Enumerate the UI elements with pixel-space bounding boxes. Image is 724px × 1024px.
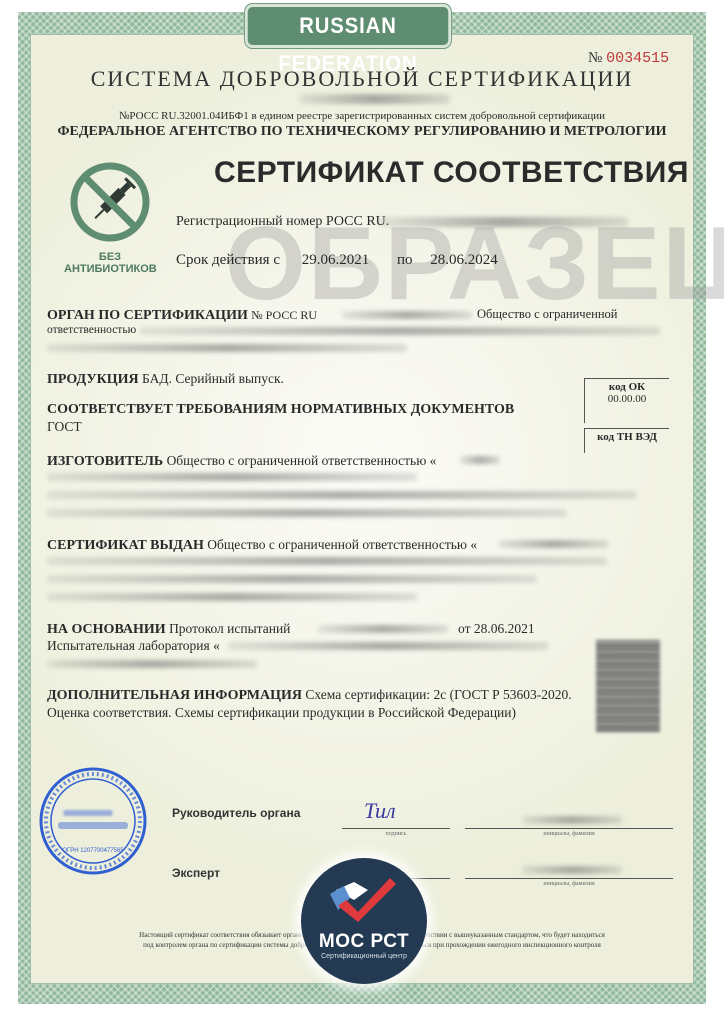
brand-tagline: Сертификационный центр — [301, 953, 427, 960]
registry-line: №РОСС RU.32001.04ИБФ1 в едином реестре з… — [0, 110, 724, 122]
redacted-text — [498, 540, 608, 548]
validity-period: Срок действия с 29.06.2021 по 28.06.2024 — [176, 252, 498, 269]
mos-rst-logo[interactable]: МОС РСТ Сертификационный центр — [301, 858, 427, 984]
redacted-text — [342, 311, 472, 319]
additional-info: ДОПОЛНИТЕЛЬНАЯ ИНФОРМАЦИЯ Схема сертифик… — [47, 686, 587, 721]
stamp-seal-icon: ОГРН 1207700477565 — [38, 766, 148, 876]
head-of-body-label: Руководитель органа — [172, 806, 300, 820]
logo-caption: БЕЗ АНТИБИОТИКОВ — [64, 251, 156, 275]
system-title: СИСТЕМА ДОБРОВОЛЬНОЙ СЕРТИФИКАЦИИ — [0, 66, 724, 92]
conforms-to: СООТВЕТСТВУЕТ ТРЕБОВАНИЯМ НОРМАТИВНЫХ ДО… — [47, 402, 514, 435]
valid-to: 28.06.2024 — [430, 252, 498, 268]
svg-text:ОГРН 1207700477565: ОГРН 1207700477565 — [62, 848, 124, 854]
valid-from: 29.06.2021 — [302, 252, 370, 268]
redacted-text — [300, 94, 450, 104]
redacted-text — [378, 217, 628, 227]
no-antibiotics-logo: БЕЗ АНТИБИОТИКОВ — [64, 160, 156, 275]
serial-number: № 0034515 — [588, 50, 669, 67]
product: ПРОДУКЦИЯ БАД. Серийный выпуск. — [47, 370, 284, 388]
registration-number: Регистрационный номер РОСС RU. — [176, 214, 389, 230]
qr-code — [596, 640, 660, 732]
official-stamp: ОГРН 1207700477565 — [38, 766, 148, 876]
certificate-title: СЕРТИФИКАТ СООТВЕТСТВИЯ — [214, 156, 689, 190]
tnved-code-box: код ТН ВЭД — [584, 428, 669, 453]
redacted-text — [47, 660, 257, 668]
signature: Tuл — [364, 798, 396, 824]
redacted-text — [460, 456, 500, 464]
redacted-text — [47, 593, 417, 601]
redacted-text — [522, 816, 622, 824]
redacted-text — [47, 557, 607, 565]
basis: НА ОСНОВАНИИ Протокол испытаний — [47, 620, 290, 638]
redacted-text — [140, 327, 660, 335]
okp-code-box: код ОК 00.00.00 — [584, 378, 669, 423]
manufacturer: ИЗГОТОВИТЕЛЬ Общество с ограниченной отв… — [47, 452, 436, 470]
agency-title: ФЕДЕРАЛЬНОЕ АГЕНТСТВО ПО ТЕХНИЧЕСКОМУ РЕ… — [0, 124, 724, 140]
okp-code-value: 00.00.00 — [585, 393, 669, 405]
expert-label: Эксперт — [172, 866, 220, 880]
serial-value: 0034515 — [606, 50, 669, 67]
redacted-text — [318, 625, 448, 633]
redacted-text — [47, 575, 537, 583]
redacted-text — [47, 509, 567, 517]
issued-to: СЕРТИФИКАТ ВЫДАН Общество с ограниченной… — [47, 536, 477, 554]
redacted-text — [522, 866, 622, 874]
redacted-text — [228, 642, 548, 650]
no-syringe-icon — [68, 160, 152, 244]
country-badge: RUSSIAN FEDERATION — [245, 4, 451, 48]
redacted-text — [47, 344, 407, 352]
checkmark-icon — [324, 876, 404, 928]
redacted-text — [47, 473, 417, 481]
protocol-date: от 28.06.2021 — [458, 620, 535, 637]
brand-name: МОС РСТ — [301, 931, 427, 953]
redacted-text — [47, 491, 637, 499]
